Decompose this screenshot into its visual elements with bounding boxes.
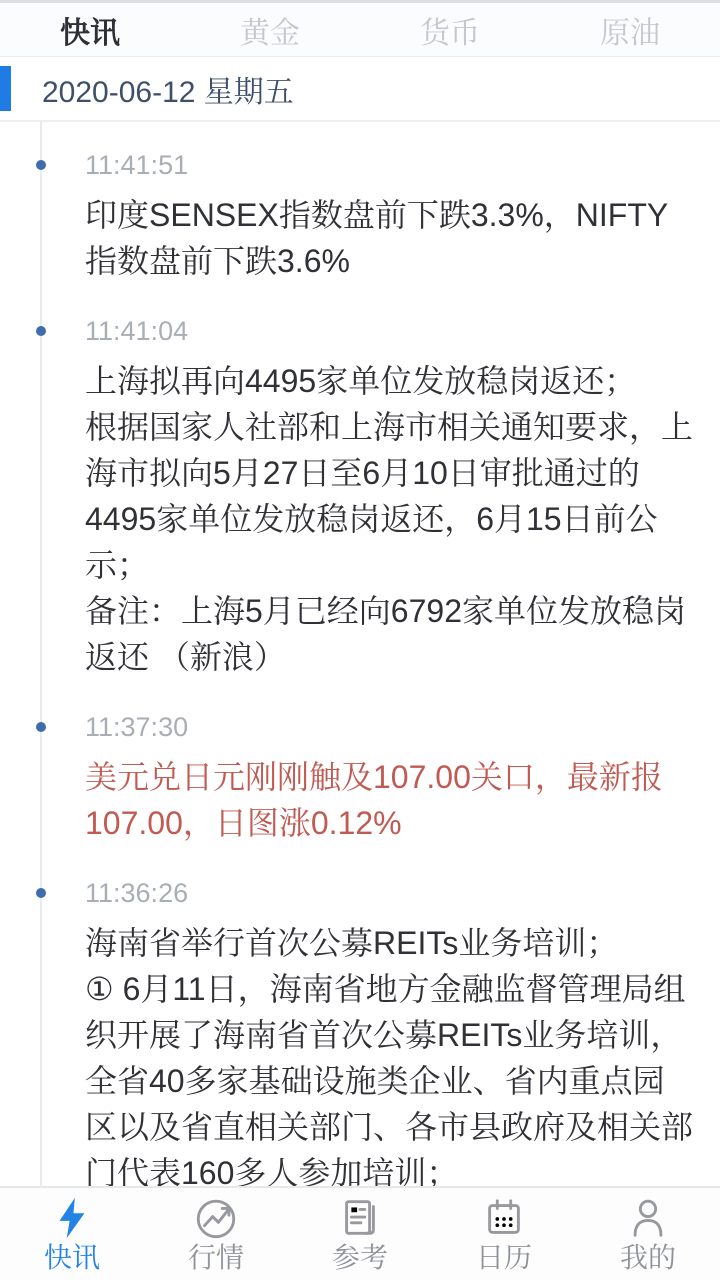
timeline-line (40, 122, 42, 1186)
user-icon (625, 1195, 671, 1241)
news-time-text: 11:36:26 (85, 878, 188, 908)
news-timestamp: 11:36:26 (85, 876, 696, 910)
nav-item-label: 参考 (332, 1242, 388, 1274)
news-timestamp: 11:41:51 (85, 148, 696, 182)
news-paragraph: 印度SENSEX指数盘前下跌3.3%，NIFTY指数盘前下跌3.6% (85, 192, 696, 284)
document-icon (337, 1195, 383, 1241)
top-tab-label: 黄金 (240, 17, 300, 50)
news-feed: 11:41:51 印度SENSEX指数盘前下跌3.3%，NIFTY指数盘前下跌3… (0, 122, 720, 1186)
news-time-text: 11:41:51 (85, 150, 188, 180)
nav-item-label: 快讯 (44, 1242, 100, 1274)
news-content: 美元兑日元刚刚触及107.00关口，最新报107.00，日图涨0.12% (85, 754, 696, 846)
nav-item-label: 日历 (476, 1242, 532, 1274)
tab-currency[interactable]: 货币 (360, 8, 540, 52)
news-item[interactable]: 11:41:04 上海拟再向4495家单位发放稳岗返还；根据国家人社部和上海市相… (85, 314, 696, 680)
news-item[interactable]: 11:41:51 印度SENSEX指数盘前下跌3.3%，NIFTY指数盘前下跌3… (85, 148, 696, 284)
date-header: 2020-06-12 星期五 (0, 57, 720, 122)
news-item[interactable]: 11:37:30 美元兑日元刚刚触及107.00关口，最新报107.00，日图涨… (85, 710, 696, 846)
tab-gold[interactable]: 黄金 (180, 8, 360, 52)
nav-item-reference[interactable]: 参考 (288, 1195, 432, 1274)
news-paragraph: 美元兑日元刚刚触及107.00关口，最新报107.00，日图涨0.12% (85, 754, 696, 846)
lightning-icon (49, 1195, 95, 1241)
top-tab-bar: 快讯 黄金 货币 原油 (0, 0, 720, 57)
news-time-text: 11:41:04 (85, 316, 188, 346)
news-content: 海南省举行首次公募REITs业务培训；① 6月11日，海南省地方金融监督管理局组… (85, 920, 696, 1186)
news-content: 印度SENSEX指数盘前下跌3.3%，NIFTY指数盘前下跌3.6% (85, 192, 696, 284)
top-tab-label: 原油 (600, 17, 660, 50)
news-timestamp: 11:37:30 (85, 710, 696, 744)
timeline-dot-icon (36, 160, 46, 170)
timeline-dot-icon (36, 722, 46, 732)
calendar-icon (481, 1195, 527, 1241)
trend-chart-icon (193, 1195, 239, 1241)
news-paragraph: 根据国家人社部和上海市相关通知要求，上海市拟向5月27日至6月10日审批通过的4… (85, 404, 696, 588)
news-paragraph: 上海拟再向4495家单位发放稳岗返还； (85, 358, 696, 404)
nav-item-label: 我的 (620, 1242, 676, 1274)
nav-item-flash-news[interactable]: 快讯 (0, 1195, 144, 1274)
news-item[interactable]: 11:36:26 海南省举行首次公募REITs业务培训；① 6月11日，海南省地… (85, 876, 696, 1186)
date-accent-bar-icon (0, 66, 11, 111)
tab-crude-oil[interactable]: 原油 (540, 8, 720, 52)
date-label: 2020-06-12 星期五 (42, 67, 294, 111)
app-screen: 快讯 黄金 货币 原油 2020-06-12 星期五 11:41:51 印度SE… (0, 0, 720, 1280)
nav-item-quotes[interactable]: 行情 (144, 1195, 288, 1274)
nav-item-label: 行情 (188, 1242, 244, 1274)
news-paragraph: 备注：上海5月已经向6792家单位发放稳岗返还 （新浪） (85, 588, 696, 680)
nav-item-mine[interactable]: 我的 (576, 1195, 720, 1274)
top-tab-label: 快讯 (60, 17, 120, 50)
timeline-dot-icon (36, 326, 46, 336)
news-time-text: 11:37:30 (85, 712, 188, 742)
timeline-dot-icon (36, 888, 46, 898)
top-tab-label: 货币 (420, 17, 480, 50)
nav-item-calendar[interactable]: 日历 (432, 1195, 576, 1274)
tab-flash-news[interactable]: 快讯 (0, 8, 180, 52)
bottom-nav-bar: 快讯 行情 参考 日历 我的 (0, 1186, 720, 1280)
news-paragraph: 海南省举行首次公募REITs业务培训； (85, 920, 696, 966)
news-content: 上海拟再向4495家单位发放稳岗返还；根据国家人社部和上海市相关通知要求，上海市… (85, 358, 696, 680)
news-timestamp: 11:41:04 (85, 314, 696, 348)
news-paragraph: ① 6月11日，海南省地方金融监督管理局组织开展了海南省首次公募REITs业务培… (85, 966, 696, 1186)
